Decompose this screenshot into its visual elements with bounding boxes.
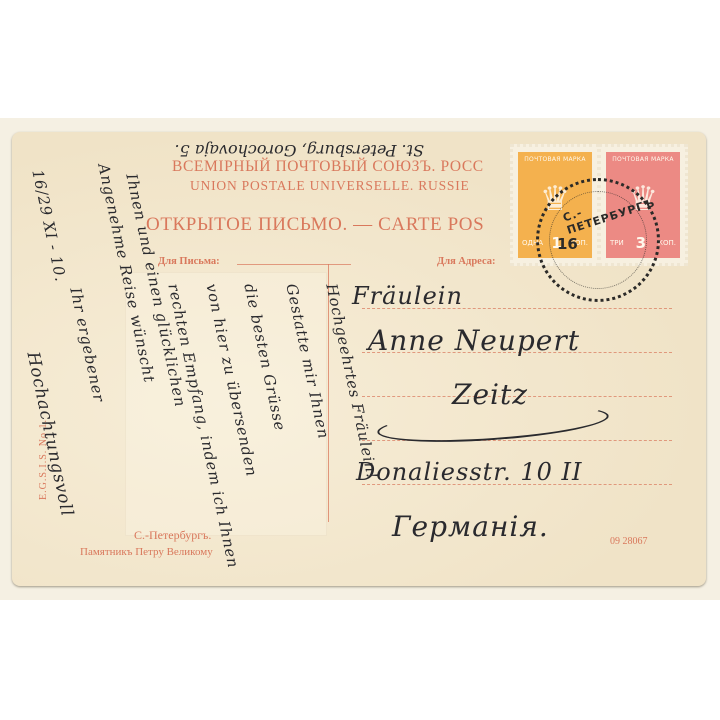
postmark-cancel: С.-ПЕТЕРБУРГЪ 16 [536,178,660,302]
label-address-side: Для Адреса: [437,256,495,267]
address-line-5: Германія. [392,510,549,543]
top-rule [237,264,351,265]
stamp-text-right: КОП. [658,239,676,247]
address-line-4: Donaliesstr. 10 II [356,458,583,486]
handwritten-message-line: Ihr ergebener [66,286,108,404]
header-french: UNION POSTALE UNIVERSELLE. RUSSIE [190,178,470,194]
handwritten-greeting: Hochgeehrtes Fräulein! [322,282,381,481]
stamp-label: ПОЧТОВАЯ МАРКА [612,156,674,163]
handwritten-signature: Hochachtungsvoll [22,350,76,518]
stamp-label: ПОЧТОВАЯ МАРКА [524,156,586,163]
card-title: ОТКРЫТОЕ ПИСЬМО. — CARTE POS [146,214,484,236]
handwritten-sender-address: St. Petersburg, Gorochovaja 5. [175,141,424,160]
handwritten-date: 16/29 XI - 10. [28,168,69,284]
address-line-1: Fräulein [352,282,463,310]
address-line-2: Anne Neupert [368,324,580,357]
caption-city: С.-Петербургъ. [134,528,211,543]
postcard: ВСЕМIРНЫЙ ПОЧТОВЫЙ СОЮЗЪ. РОСС UNION POS… [12,132,706,586]
postmark-day: 16 [557,235,578,253]
label-message-side: Для Письма: [158,256,220,267]
serial-number: 09 28067 [610,536,648,547]
header-russian: ВСЕМIРНЫЙ ПОЧТОВЫЙ СОЮЗЪ. РОСС [172,158,484,176]
caption-subject: Памятникъ Петру Великому [80,546,213,558]
